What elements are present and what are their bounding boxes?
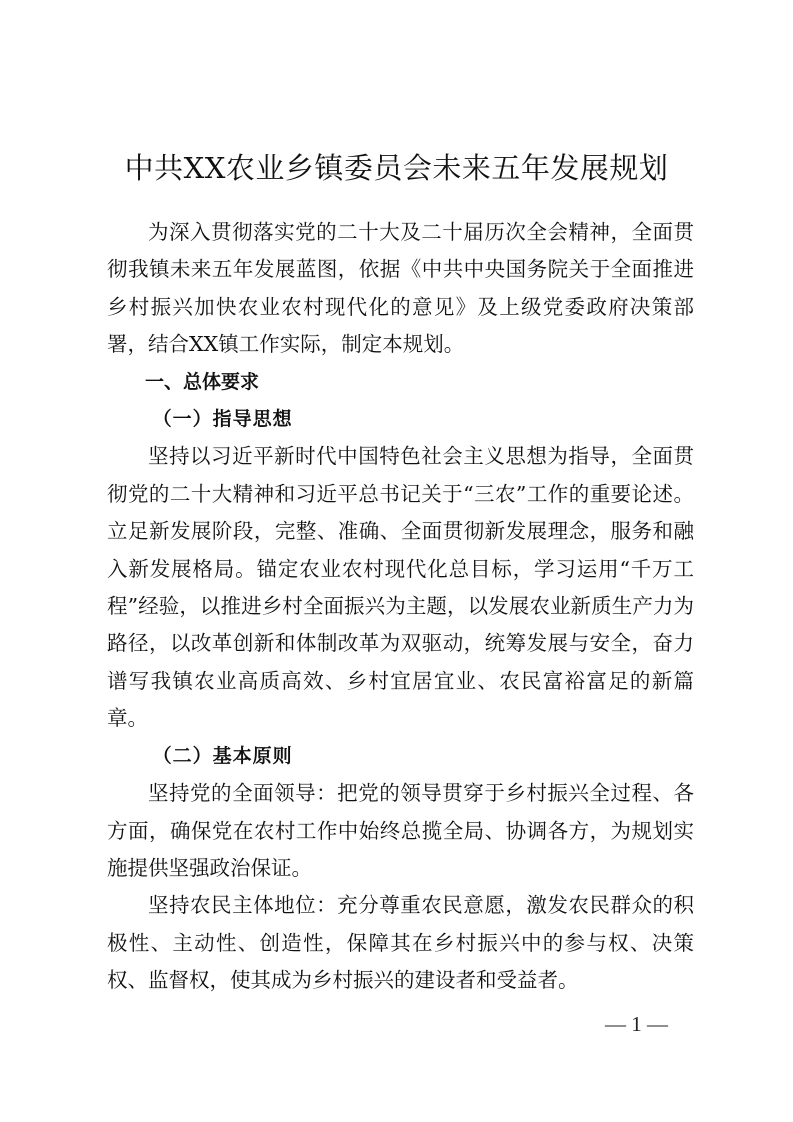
page-number: — 1 —: [605, 1012, 685, 1037]
paragraph-party-leadership: 坚持党的全面领导：把党的领导贯穿于乡村振兴全过程、各方面，确保党在农村工作中始终…: [107, 775, 694, 887]
intro-paragraph: 为深入贯彻落实党的二十大及二十届历次全会精神，全面贯彻我镇未来五年发展蓝图，依据…: [107, 214, 694, 364]
document-title: 中共XX农业乡镇委员会未来五年发展规划: [0, 148, 793, 188]
document-page: 中共XX农业乡镇委员会未来五年发展规划 为深入贯彻落实党的二十大及二十届历次全会…: [0, 0, 793, 1122]
section-heading: 一、总体要求: [107, 364, 694, 401]
paragraph-guiding-ideology: 坚持以习近平新时代中国特色社会主义思想为指导，全面贯彻党的二十大精神和习近平总书…: [107, 438, 694, 737]
subsection-heading-guiding-ideology: （一）指导思想: [107, 401, 694, 438]
document-body: 为深入贯彻落实党的二十大及二十届历次全会精神，全面贯彻我镇未来五年发展蓝图，依据…: [107, 214, 694, 1000]
subsection-heading-basic-principles: （二）基本原则: [107, 738, 694, 775]
paragraph-farmer-subject: 坚持农民主体地位：充分尊重农民意愿，激发农民群众的积极性、主动性、创造性，保障其…: [107, 887, 694, 999]
